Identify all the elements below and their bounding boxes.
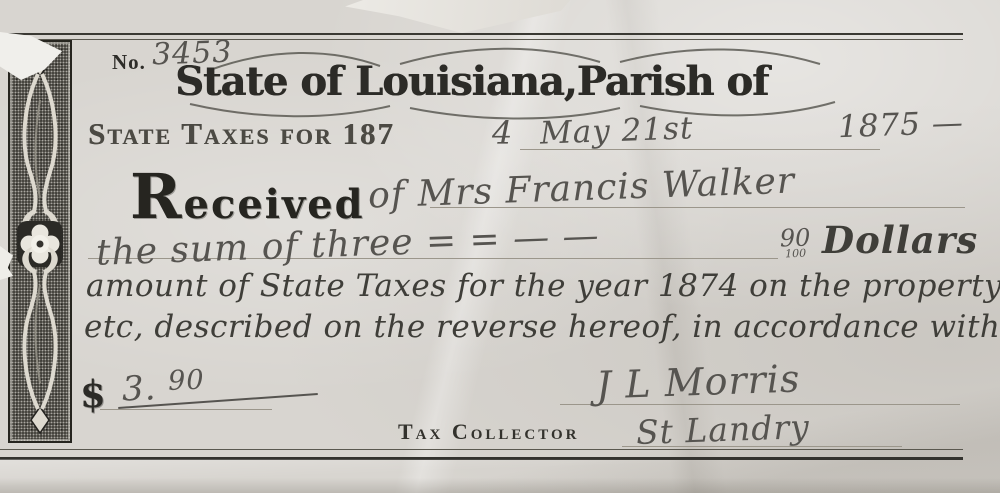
paper-bottom-shadow [0,459,1000,493]
amount-rule-line [100,409,272,410]
document-number-label: No. [112,50,146,75]
body-text-line-1: amount of State Taxes for the year 1874 … [86,268,1000,304]
ornamental-border [8,40,72,443]
collector-signature: J L Morris [595,356,801,407]
date-handwritten: May 21st [539,110,694,151]
parish-signature: St Landry [635,407,810,452]
received-label: Received [130,160,365,233]
cents-fraction: 90 100 [779,225,811,259]
tax-year-handwritten: 4 [492,114,513,152]
tax-receipt-document: No. 3453 State of Louisiana,Parish of St… [0,0,1000,493]
amount-cents: 90 [167,365,205,397]
body-text-line-2: etc, described on the reverse hereof, in… [84,309,1000,345]
torn-paper-flap [345,0,570,36]
payer-handwritten: of Mrs Francis Walker [367,161,795,217]
dollars-label: Dollars [822,218,978,262]
tax-collector-label: Tax Collector [398,419,579,445]
document-title: State of Louisiana,Parish of [175,58,768,105]
year-right-handwritten: 1875 — [837,105,964,145]
amount-dollars: 3. [121,368,157,409]
top-border-line [0,33,963,40]
scrollwork-graphic [8,40,72,443]
state-taxes-printed: State Taxes for 187 [88,116,395,152]
